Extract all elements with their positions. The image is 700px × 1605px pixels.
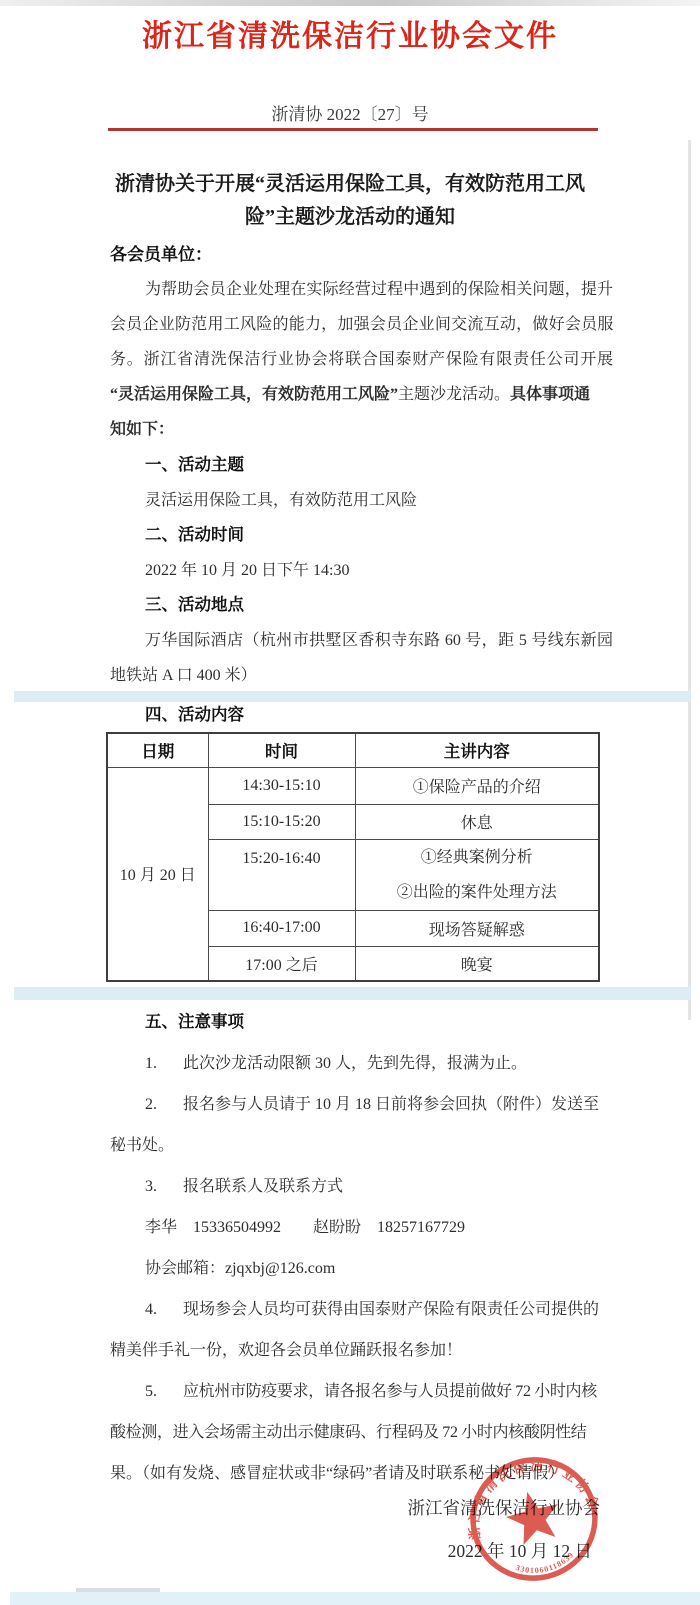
table-cell-content-line2: ②出险的案件处理方法 [356, 875, 599, 910]
intro-paragraph: 为帮助会员企业处理在实际经营过程中遇到的保险相关问题，提升 会员企业防范用工风险… [110, 272, 613, 447]
section-2-content: 2022 年 10 月 20 日下午 14:30 [110, 553, 613, 588]
section-1-heading: 一、活动主题 [110, 448, 613, 483]
intro-bold-lead: 具体事项通 [510, 386, 590, 403]
section-4-heading: 四、活动内容 [145, 703, 244, 728]
note-item-1-number: 1. [145, 1043, 183, 1084]
section-5-heading: 五、注意事项 [110, 1002, 613, 1043]
table-cell-content: ①保险产品的介绍 [355, 767, 599, 804]
official-red-seal: 浙江省清洗保洁行业协会 3301060118639 [464, 1450, 604, 1588]
intro-bold-theme: “灵活运用保险工具，有效防范用工风险” [110, 386, 398, 403]
table-cell-time: 14:30-15:10 [208, 767, 355, 804]
letterhead-divider-rule [108, 128, 598, 131]
notice-title: 浙清协关于开展“灵活运用保险工具，有效防范用工风 险”主题沙龙活动的通知 [70, 168, 630, 234]
contacts-line: 李华 15336504992 赵盼盼 18257167729 [110, 1207, 613, 1248]
email-line: 协会邮箱：zjqxbj@126.com [110, 1248, 613, 1289]
table-cell-content: 晚宴 [355, 946, 599, 981]
note-item-1-text: 此次沙龙活动限额 30 人，先到先得，报满为止。 [183, 1055, 527, 1072]
table-cell-time: 17:00 之后 [208, 946, 355, 981]
note-item-4: 4.现场参会人员均可获得由国泰财产保险有限责任公司提供的 [110, 1289, 613, 1330]
scan-edge-line [688, 140, 691, 1020]
table-cell-date: 10 月 20 日 [107, 767, 208, 981]
note-item-2-text: 报名参与人员请于 10 月 18 日前将参会回执（附件）发送至 [183, 1096, 599, 1113]
intro-normal: 主题沙龙活动。 [398, 386, 510, 403]
table-cell-content: 现场答疑解惑 [355, 910, 599, 946]
note-item-2-number: 2. [145, 1084, 183, 1125]
table-cell-time: 16:40-17:00 [208, 910, 355, 946]
table-cell-time: 15:20-16:40 [208, 839, 355, 910]
note-item-3-text: 报名联系人及联系方式 [183, 1178, 343, 1195]
section-3-content-line1: 万华国际酒店（杭州市拱墅区香积寺东路 60 号，距 5 号线东新园 [110, 623, 613, 658]
note-item-4-number: 4. [145, 1289, 183, 1330]
intro-line-4: “灵活运用保险工具，有效防范用工风险”主题沙龙活动。具体事项通 [110, 377, 613, 412]
notice-title-line2: 险”主题沙龙活动的通知 [70, 201, 630, 234]
highlight-band-2 [14, 987, 691, 1000]
note-item-5: 5.应杭州市防疫要求，请各报名参与人员提前做好 72 小时内核 [110, 1371, 613, 1412]
section-3-heading: 三、活动地点 [110, 588, 613, 623]
section-3-content-line2: 地铁站 A 口 400 米） [110, 658, 613, 693]
scan-artifact-top [0, 0, 700, 6]
note-item-4-continuation: 精美伴手礼一份，欢迎各会员单位踊跃报名参加！ [110, 1330, 613, 1371]
table-header-content: 主讲内容 [355, 733, 599, 767]
note-item-1: 1.此次沙龙活动限额 30 人，先到先得，报满为止。 [110, 1043, 613, 1084]
table-cell-content-line1: ①经典案例分析 [356, 840, 599, 875]
intro-line-2: 会员企业防范用工风险的能力，加强会员企业间交流互动，做好会员服 [110, 307, 613, 342]
table-header-row: 日期 时间 主讲内容 [107, 733, 599, 767]
table-header-date: 日期 [107, 733, 208, 767]
note-item-4-text: 现场参会人员均可获得由国泰财产保险有限责任公司提供的 [183, 1301, 599, 1318]
highlight-band-bottom [10, 1592, 700, 1605]
notes-section: 五、注意事项 1.此次沙龙活动限额 30 人，先到先得，报满为止。 2.报名参与… [110, 1002, 613, 1494]
salutation: 各会员单位： [110, 240, 212, 265]
official-document-page: 浙江省清洗保洁行业协会文件 浙清协 2022〔27〕号 浙清协关于开展“灵活运用… [0, 0, 700, 1605]
notice-title-line1: 浙清协关于开展“灵活运用保险工具，有效防范用工风 [70, 168, 630, 201]
highlight-band-1 [14, 691, 691, 702]
note-item-2: 2.报名参与人员请于 10 月 18 日前将参会回执（附件）发送至 [110, 1084, 613, 1125]
note-item-3-number: 3. [145, 1166, 183, 1207]
table-cell-time: 15:10-15:20 [208, 804, 355, 839]
intro-line-3: 务。浙江省清洗保洁行业协会将联合国泰财产保险有限责任公司开展 [110, 342, 613, 377]
section-2-heading: 二、活动时间 [110, 518, 613, 553]
note-item-2-continuation: 秘书处。 [110, 1125, 613, 1166]
note-item-5-continuation1: 酸检测，进入会场需主动出示健康码、行程码及 72 小时内核酸阴性结 [110, 1412, 613, 1453]
letterhead-title: 浙江省清洗保洁行业协会文件 [0, 11, 700, 55]
note-item-3: 3.报名联系人及联系方式 [110, 1166, 613, 1207]
document-number: 浙清协 2022〔27〕号 [0, 100, 700, 125]
table-header-time: 时间 [208, 733, 355, 767]
note-item-5-text: 应杭州市防疫要求，请各报名参与人员提前做好 72 小时内核 [183, 1383, 597, 1400]
note-item-5-number: 5. [145, 1371, 183, 1412]
table-cell-content: 休息 [355, 804, 599, 839]
intro-line-1: 为帮助会员企业处理在实际经营过程中遇到的保险相关问题，提升 [110, 272, 613, 307]
table-row: 10 月 20 日 14:30-15:10 ①保险产品的介绍 [107, 767, 599, 804]
schedule-table: 日期 时间 主讲内容 10 月 20 日 14:30-15:10 ①保险产品的介… [106, 732, 600, 982]
intro-line-5: 知如下： [110, 412, 613, 447]
section-list: 一、活动主题 灵活运用保险工具，有效防范用工风险 二、活动时间 2022 年 1… [110, 448, 613, 693]
seal-star-icon [501, 1485, 565, 1547]
section-1-content: 灵活运用保险工具，有效防范用工风险 [110, 483, 613, 518]
table-cell-content: ①经典案例分析 ②出险的案件处理方法 [355, 839, 599, 910]
